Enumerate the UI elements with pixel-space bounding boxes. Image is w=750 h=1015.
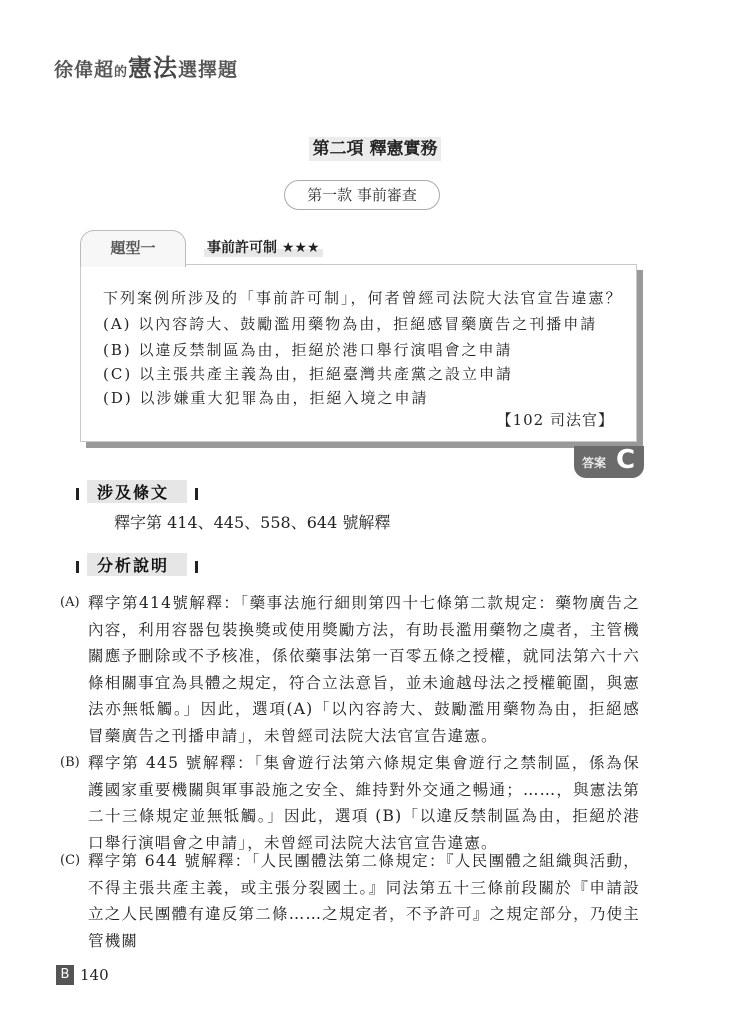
analysis-text: 釋字第 644 號解釋：「人民團體法第二條規定：『人民團體之組織與活動，不得主張… xyxy=(88,848,640,954)
analysis-item-a: (A) 釋字第414號解釋：「藥事法施行細則第四十七條第二款規定：藥物廣告之內容… xyxy=(60,590,640,749)
book-title: 徐偉超的憲法選擇題 xyxy=(54,48,238,83)
book-title-subject: 憲法 xyxy=(128,54,178,82)
heading-bar-icon xyxy=(76,561,79,573)
analysis-text: 釋字第 445 號解釋：「集會遊行法第六條規定集會遊行之禁制區，係為保護國家重要… xyxy=(88,750,640,856)
analysis-marker: (A) xyxy=(60,590,80,617)
related-articles-text: 釋字第 414、445、558、644 號解釋 xyxy=(114,510,390,533)
question-source: 【102 司法官】 xyxy=(497,409,614,430)
option-b: (B) 以違反禁制區為由，拒絕於港口舉行演唱會之申請 xyxy=(103,339,513,360)
analysis-heading: 分析說明 xyxy=(76,553,198,576)
analysis-text: 釋字第414號解釋：「藥事法施行細則第四十七條第二款規定：藥物廣告之內容，利用容… xyxy=(88,590,640,749)
analysis-item-c: (C) 釋字第 644 號解釋：「人民團體法第二條規定：『人民團體之組織與活動，… xyxy=(60,848,640,954)
section-title: 第二項 釋憲實務 xyxy=(0,134,750,159)
analysis-marker: (C) xyxy=(60,848,80,875)
option-c: (C) 以主張共產主義為由，拒絕臺灣共產黨之設立申請 xyxy=(103,363,513,384)
question-stem: 下列案例所涉及的「事前許可制」，何者曾經司法院大法官宣告違憲？ xyxy=(103,287,623,308)
answer-value: C xyxy=(616,445,635,475)
answer-tab: 答案 C xyxy=(574,446,644,478)
answer-label: 答案 xyxy=(582,454,606,471)
related-articles-heading: 涉及條文 xyxy=(76,480,198,503)
option-d: (D) 以涉嫌重大犯罪為由，拒絕入境之申請 xyxy=(103,387,429,408)
analysis-marker: (B) xyxy=(60,750,80,777)
book-title-author: 徐偉超 xyxy=(54,59,114,81)
question-type-tab: 題型一 xyxy=(80,230,186,267)
analysis-item-b: (B) 釋字第 445 號解釋：「集會遊行法第六條規定集會遊行之禁制區，係為保護… xyxy=(60,750,640,856)
question-box: 下列案例所涉及的「事前許可制」，何者曾經司法院大法官宣告違憲？ (A) 以內容誇… xyxy=(80,264,637,442)
heading-bar-icon xyxy=(195,561,198,573)
heading-bar-icon xyxy=(76,488,79,500)
subsection-pill: 第一款 事前審查 xyxy=(284,180,440,210)
book-title-suffix: 選擇題 xyxy=(178,59,238,81)
question-type-label: 事前許可制 ★★★ xyxy=(204,237,323,257)
page-number: 140 xyxy=(80,965,109,985)
part-badge: B xyxy=(56,965,74,985)
book-title-particle: 的 xyxy=(114,65,128,80)
option-a: (A) 以內容誇大、鼓勵濫用藥物為由，拒絕感冒藥廣告之刊播申請 xyxy=(103,313,597,334)
heading-bar-icon xyxy=(195,488,198,500)
